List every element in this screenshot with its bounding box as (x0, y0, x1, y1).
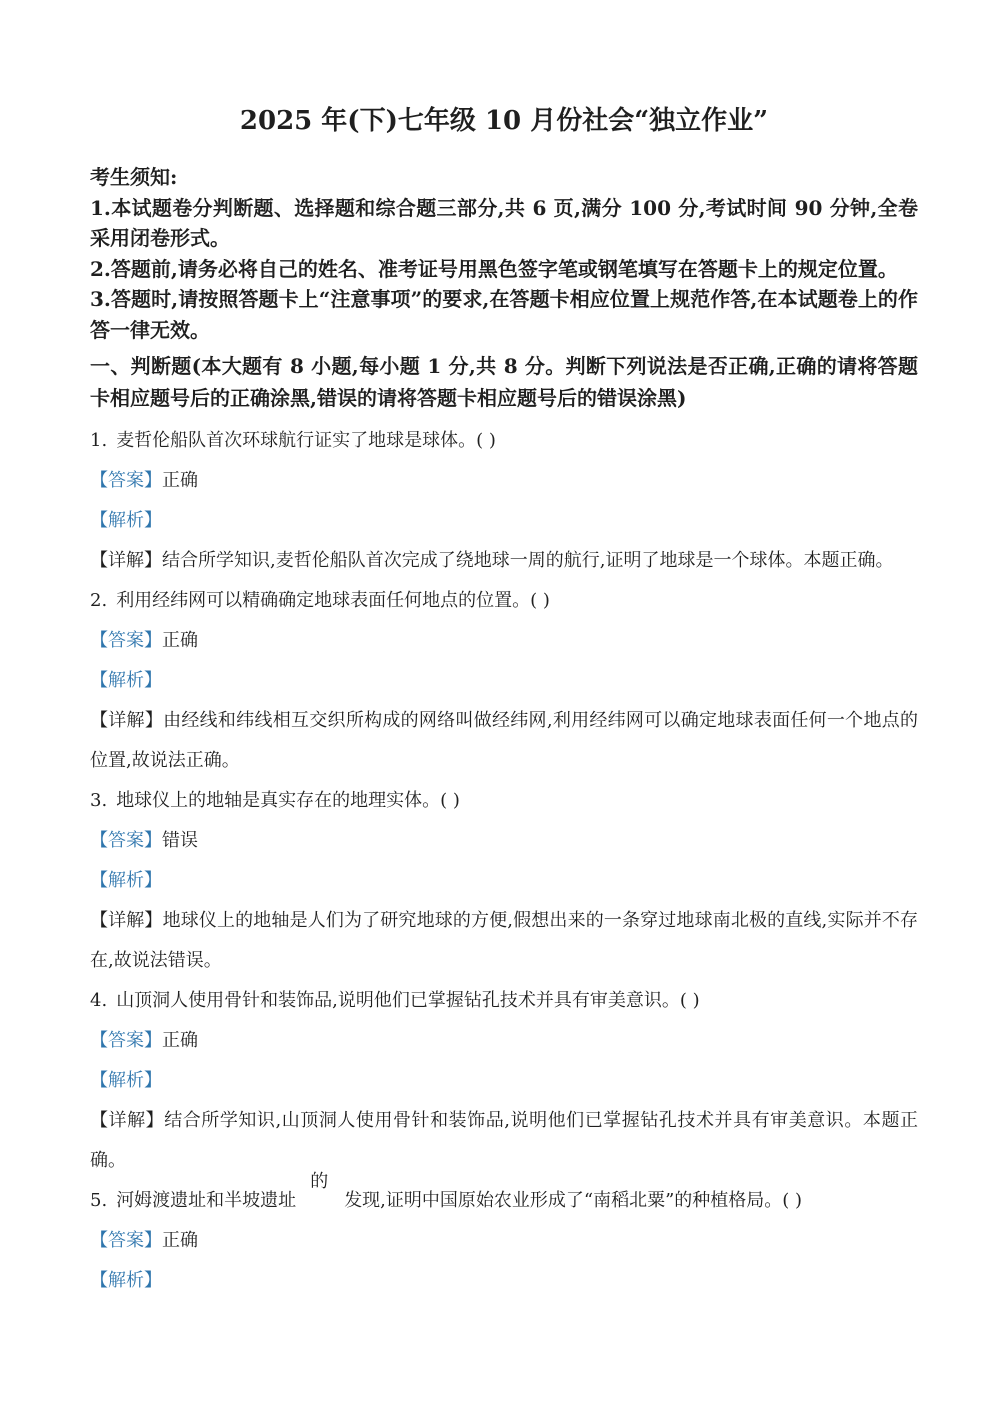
answer-line: 【答案】正确 (90, 461, 918, 501)
notice-section: 考生须知: 1.本试题卷分判断题、选择题和综合题三部分,共 6 页,满分 100… (90, 162, 918, 345)
question-text: 5.河姆渡遗址和半坡遗址的发现,证明中国原始农业形成了“南稻北粟”的种植格局。(… (90, 1181, 918, 1221)
analysis-line: 【解析】 (90, 661, 918, 701)
question-body: 利用经纬网可以精确确定地球表面任何地点的位置。( ) (116, 590, 550, 611)
question-text: 4.山顶洞人使用骨针和装饰品,说明他们已掌握钻孔技术并具有审美意识。( ) (90, 981, 918, 1021)
question-number: 5. (90, 1190, 107, 1211)
detail-line: 【详解】结合所学知识,山顶洞人使用骨针和装饰品,说明他们已掌握钻孔技术并具有审美… (90, 1101, 918, 1181)
question-number: 2. (90, 590, 107, 611)
analysis-label: 【解析】 (90, 510, 162, 531)
analysis-label: 【解析】 (90, 1070, 162, 1091)
question-body-before: 河姆渡遗址和半坡遗址 (116, 1190, 296, 1211)
answer-value: 正确 (162, 470, 198, 491)
question-number: 4. (90, 990, 107, 1011)
page-title: 2025 年(下)七年级 10 月份社会“独立作业” (90, 106, 918, 136)
question-text: 2.利用经纬网可以精确确定地球表面任何地点的位置。( ) (90, 581, 918, 621)
detail-line: 【详解】地球仪上的地轴是人们为了研究地球的方便,假想出来的一条穿过地球南北极的直… (90, 901, 918, 981)
notice-item-3: 3.答题时,请按照答题卡上“注意事项”的要求,在答题卡相应位置上规范作答,在本试… (90, 284, 918, 345)
exam-document: 2025 年(下)七年级 10 月份社会“独立作业” 考生须知: 1.本试题卷分… (0, 0, 1000, 1301)
answer-line: 【答案】正确 (90, 1221, 918, 1261)
question-3: 3.地球仪上的地轴是真实存在的地理实体。( ) 【答案】错误 【解析】 【详解】… (90, 781, 918, 981)
analysis-label: 【解析】 (90, 670, 162, 691)
question-1: 1.麦哲伦船队首次环球航行证实了地球是球体。( ) 【答案】正确 【解析】 【详… (90, 421, 918, 581)
answer-value: 正确 (162, 1030, 198, 1051)
question-body: 山顶洞人使用骨针和装饰品,说明他们已掌握钻孔技术并具有审美意识。( ) (116, 990, 700, 1011)
question-number: 3. (90, 790, 107, 811)
section-heading: 一、判断题(本大题有 8 小题,每小题 1 分,共 8 分。判断下列说法是否正确… (90, 350, 918, 414)
answer-label: 【答案】 (90, 630, 162, 651)
question-text: 1.麦哲伦船队首次环球航行证实了地球是球体。( ) (90, 421, 918, 461)
analysis-line: 【解析】 (90, 1061, 918, 1101)
question-number: 1. (90, 430, 107, 451)
questions-area: 1.麦哲伦船队首次环球航行证实了地球是球体。( ) 【答案】正确 【解析】 【详… (90, 421, 918, 1301)
question-body: 地球仪上的地轴是真实存在的地理实体。( ) (116, 790, 460, 811)
answer-value: 正确 (162, 1230, 198, 1251)
analysis-line: 【解析】 (90, 1261, 918, 1301)
answer-line: 【答案】正确 (90, 1021, 918, 1061)
question-body: 麦哲伦船队首次环球航行证实了地球是球体。( ) (116, 430, 496, 451)
analysis-line: 【解析】 (90, 501, 918, 541)
detail-text: 由经线和纬线相互交织所构成的网络叫做经纬网,利用经纬网可以确定地球表面任何一个地… (90, 710, 918, 771)
answer-line: 【答案】错误 (90, 821, 918, 861)
detail-label: 【详解】 (90, 1110, 164, 1131)
detail-text: 地球仪上的地轴是人们为了研究地球的方便,假想出来的一条穿过地球南北极的直线,实际… (90, 910, 918, 971)
answer-value: 正确 (162, 630, 198, 651)
detail-label: 【详解】 (90, 550, 162, 571)
notice-item-2: 2.答题前,请务必将自己的姓名、准考证号用黑色签字笔或钢笔填写在答题卡上的规定位… (90, 254, 918, 285)
detail-line: 【详解】结合所学知识,麦哲伦船队首次完成了绕地球一周的航行,证明了地球是一个球体… (90, 541, 918, 581)
notice-item-1: 1.本试题卷分判断题、选择题和综合题三部分,共 6 页,满分 100 分,考试时… (90, 193, 918, 254)
answer-line: 【答案】正确 (90, 621, 918, 661)
question-4: 4.山顶洞人使用骨针和装饰品,说明他们已掌握钻孔技术并具有审美意识。( ) 【答… (90, 981, 918, 1181)
question-2: 2.利用经纬网可以精确确定地球表面任何地点的位置。( ) 【答案】正确 【解析】… (90, 581, 918, 781)
detail-text: 结合所学知识,麦哲伦船队首次完成了绕地球一周的航行,证明了地球是一个球体。本题正… (162, 550, 893, 571)
answer-value: 错误 (162, 830, 198, 851)
analysis-label: 【解析】 (90, 870, 162, 891)
notice-heading: 考生须知: (90, 162, 918, 193)
detail-text: 结合所学知识,山顶洞人使用骨针和装饰品,说明他们已掌握钻孔技术并具有审美意识。本… (90, 1110, 918, 1171)
raised-char: 的 (310, 1162, 328, 1202)
detail-line: 【详解】由经线和纬线相互交织所构成的网络叫做经纬网,利用经纬网可以确定地球表面任… (90, 701, 918, 781)
answer-label: 【答案】 (90, 1230, 162, 1251)
detail-label: 【详解】 (90, 710, 163, 731)
detail-label: 【详解】 (90, 910, 163, 931)
answer-label: 【答案】 (90, 830, 162, 851)
answer-label: 【答案】 (90, 1030, 162, 1051)
question-body-after: 发现,证明中国原始农业形成了“南稻北粟”的种植格局。( ) (344, 1190, 802, 1211)
question-text: 3.地球仪上的地轴是真实存在的地理实体。( ) (90, 781, 918, 821)
answer-label: 【答案】 (90, 470, 162, 491)
analysis-label: 【解析】 (90, 1270, 162, 1291)
question-5: 5.河姆渡遗址和半坡遗址的发现,证明中国原始农业形成了“南稻北粟”的种植格局。(… (90, 1181, 918, 1301)
analysis-line: 【解析】 (90, 861, 918, 901)
